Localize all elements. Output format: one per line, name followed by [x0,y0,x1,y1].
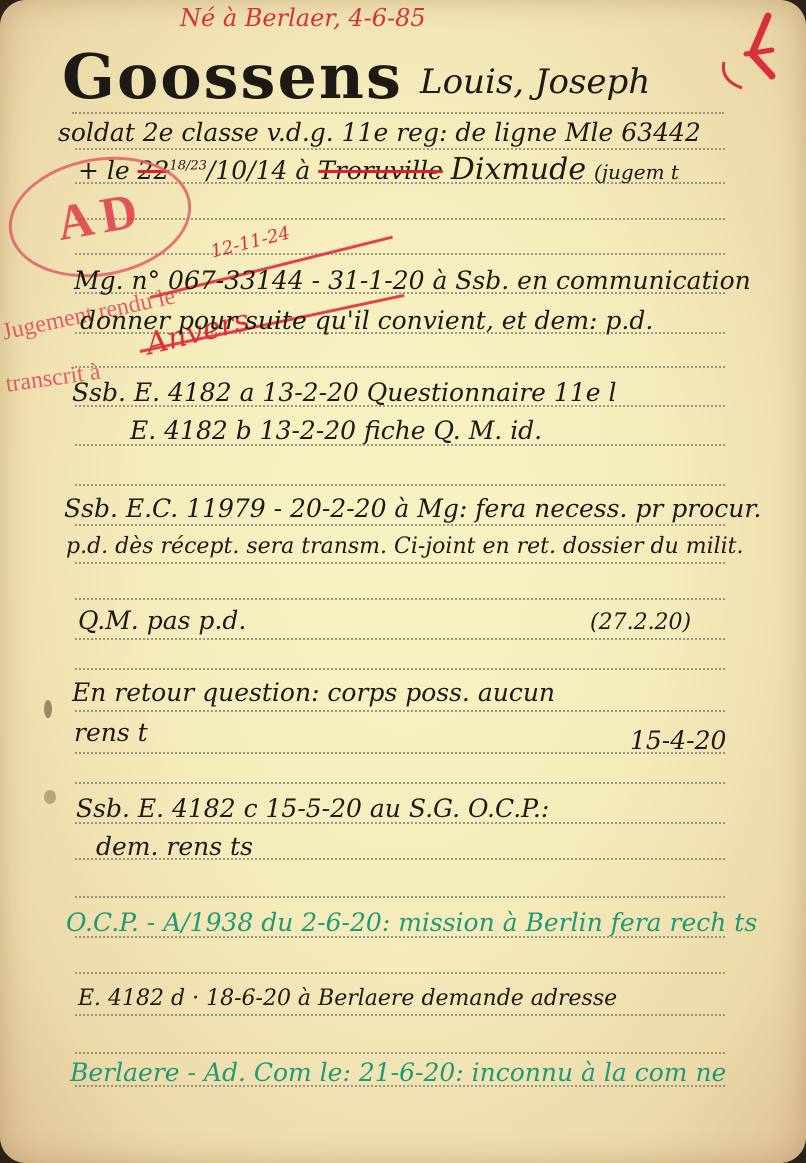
ruled-line [75,484,725,486]
entry-line: En retour question: corps poss. aucun [72,678,555,707]
entry-line: Berlaere - Ad. Com le: 21-6-20: inconnu … [70,1058,726,1087]
binder-hole [44,790,56,804]
entry-line: O.C.P. - A/1938 du 2-6-20: mission à Ber… [66,908,757,937]
ruled-line [75,366,725,368]
entry-line: Q.M. pas p.d. [78,606,246,635]
given-names: Louis, Joseph [420,62,650,102]
death-place: Dixmude [451,152,586,187]
ad-stamp-text: AD [52,180,149,252]
ruled-line [75,896,725,898]
entry-line: (27.2.20) [590,610,691,635]
ruled-line [75,752,725,754]
ruled-line [75,1052,725,1054]
entry-line: rens t [74,718,148,747]
entry-line: donner pour suite qu'il convient, et dem… [80,306,653,335]
entry-line: Mg. n° 067-33144 - 31-1-20 à Ssb. en com… [74,266,751,295]
entry-line: dem. rens ts [96,832,253,861]
ruled-line [75,668,725,670]
entry-date: 15-4-20 [630,726,726,755]
entry-line: Ssb. E. 4182 c 15-5-20 au S.G. O.C.P.: [76,794,549,823]
entry-line: Ssb. E.C. 11979 - 20-2-20 à Mg: fera nec… [64,494,762,523]
entry-line: E. 4182 b 13-2-20 fiche Q. M. id. [130,416,542,445]
ruled-line [75,148,725,150]
birth-note: Né à Berlaer, 4-6-85 [180,4,426,32]
place-struck: Troruville [318,156,443,185]
death-date-corrections: 18/23 [169,159,206,174]
ruled-line [75,782,725,784]
ruled-line [75,253,725,255]
entry-line: p.d. dès récept. sera transm. Ci-joint e… [66,534,744,559]
binder-hole [44,700,52,718]
ruled-line [75,972,725,974]
jugement-date: 12-11-24 [209,223,293,263]
ruled-line [75,710,725,712]
corner-check-icon [710,10,790,90]
identity-line: soldat 2e classe v.d.g. 11e reg: de lign… [58,118,701,147]
death-date-rest: /10/14 à [207,156,310,185]
index-card: Né à Berlaer, 4-6-85 Goossens Louis, Jos… [0,0,806,1163]
surname: Goossens [62,40,403,113]
ruled-line [75,524,725,526]
entry-line: Ssb. E. 4182 a 13-2-20 Questionnaire 11e… [72,378,616,407]
ruled-line [75,1014,725,1016]
ruled-line [75,562,725,564]
ruled-line [75,598,725,600]
entry-line: E. 4182 d · 18-6-20 à Berlaere demande a… [78,986,617,1011]
judgment-note: (jugem t [594,160,679,184]
ruled-line [75,638,725,640]
